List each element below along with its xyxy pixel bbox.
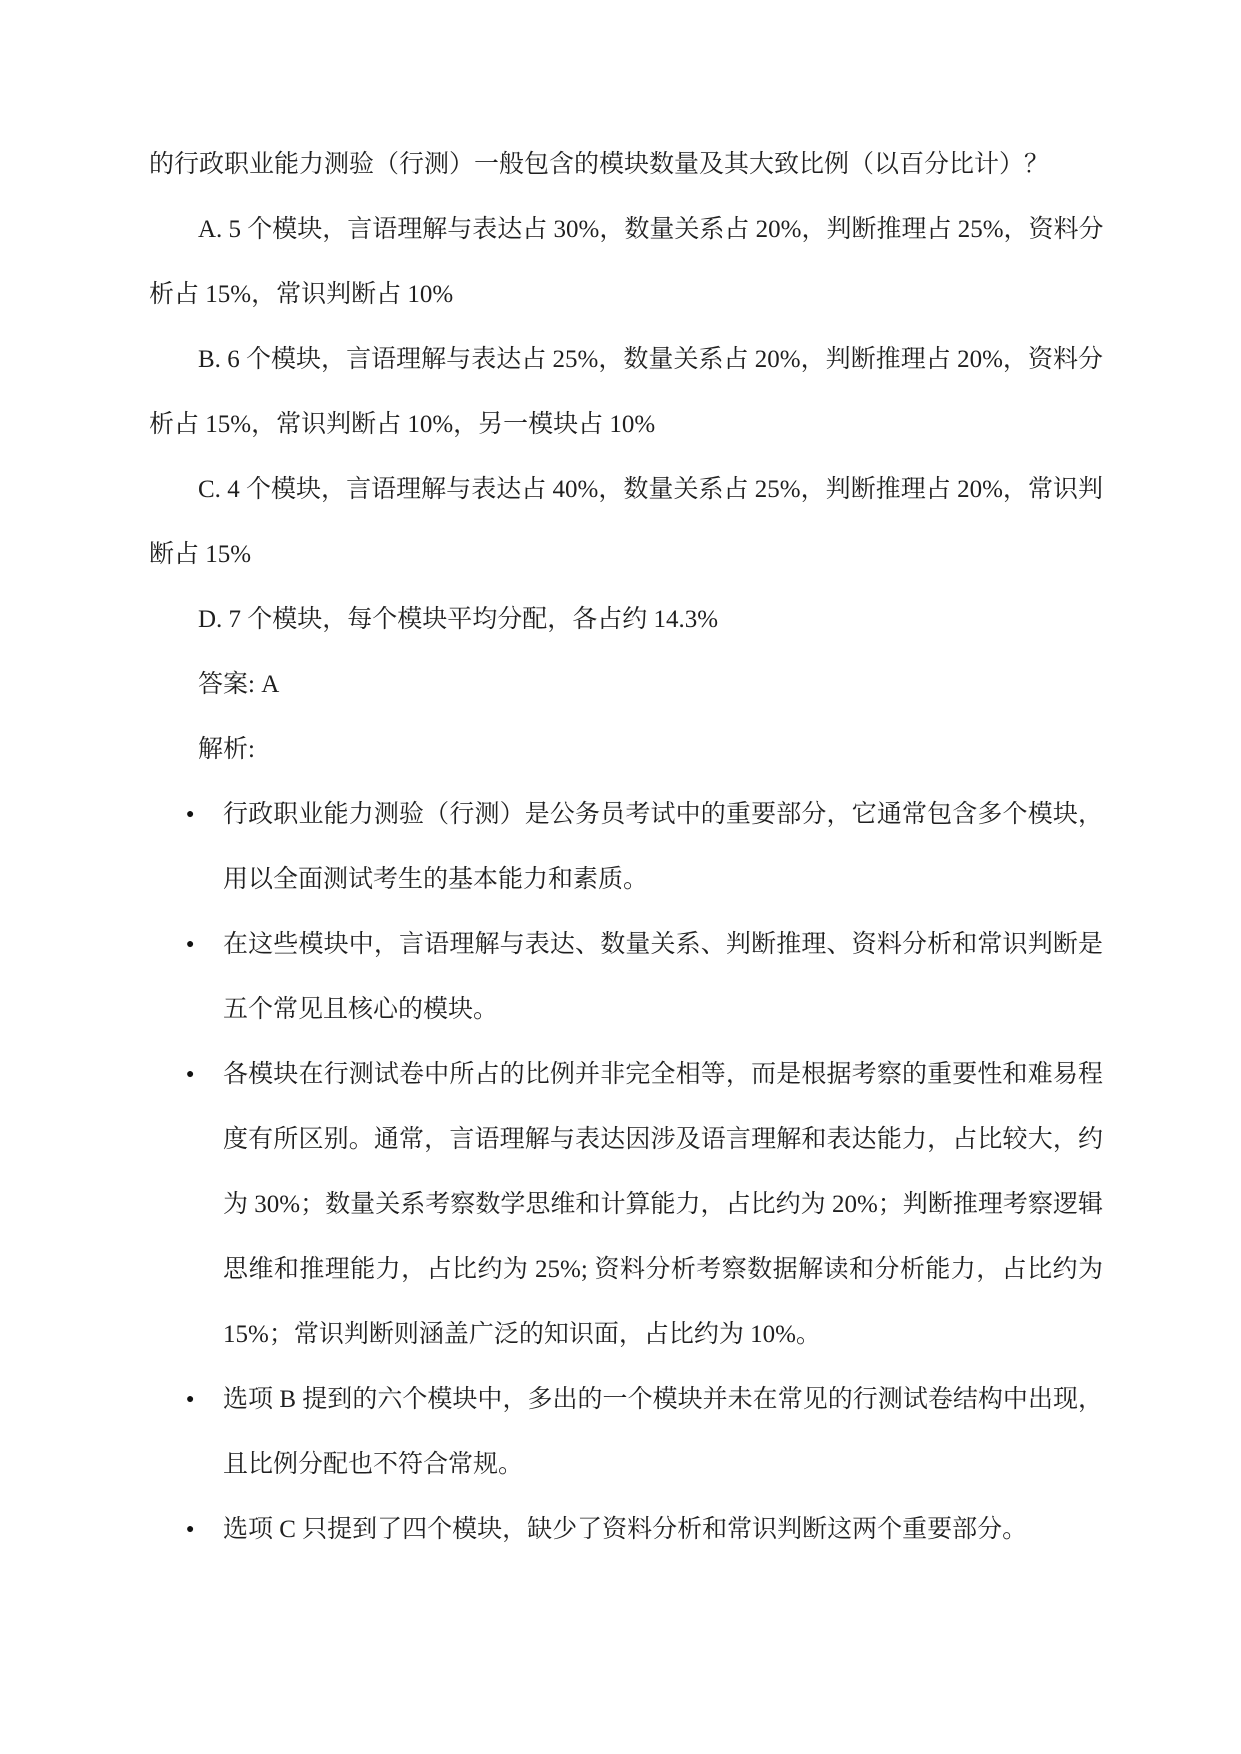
bullet-icon: ● (186, 912, 223, 977)
analysis-bullet-3-line-2: 度有所区别。通常，言语理解与表达因涉及语言理解和表达能力，占比较大，约 (223, 1107, 1103, 1172)
analysis-bullet-1-line-1-text: 行政职业能力测验（行测）是公务员考试中的重要部分，它通常包含多个模块， (223, 801, 1103, 828)
option-c-line-1: C. 4 个模块，言语理解与表达占 40%，数量关系占 25%，判断推理占 20… (198, 457, 1103, 522)
option-a-line-2-text: 析占 15%，常识判断占 10% (149, 281, 453, 308)
question-continuation-line: 的行政职业能力测验（行测）一般包含的模块数量及其大致比例（以百分比计）？ (149, 132, 1103, 197)
analysis-bullet-3-line-1: ●各模块在行测试卷中所占的比例并非完全相等，而是根据考察的重要性和难易程 (223, 1042, 1103, 1107)
analysis-bullet-3-line-3-text: 为 30%；数量关系考察数学思维和计算能力，占比约为 20%；判断推理考察逻辑 (223, 1191, 1103, 1218)
analysis-bullet-4-line-1: ●选项 B 提到的六个模块中，多出的一个模块并未在常见的行测试卷结构中出现， (223, 1367, 1103, 1432)
option-a-line-1-text: A. 5 个模块，言语理解与表达占 30%，数量关系占 20%，判断推理占 25… (198, 216, 1104, 243)
option-b-line-2-text: 析占 15%，常识判断占 10%，另一模块占 10% (149, 411, 655, 438)
analysis-bullet-3-line-1-text: 各模块在行测试卷中所占的比例并非完全相等，而是根据考察的重要性和难易程 (223, 1061, 1103, 1088)
bullet-icon: ● (186, 782, 223, 847)
analysis-bullet-5-line-1-text: 选项 C 只提到了四个模块，缺少了资料分析和常识判断这两个重要部分。 (223, 1516, 1027, 1543)
analysis-bullet-1-line-1: ●行政职业能力测验（行测）是公务员考试中的重要部分，它通常包含多个模块， (223, 782, 1103, 847)
bullet-icon: ● (186, 1042, 223, 1107)
option-c-line-1-text: C. 4 个模块，言语理解与表达占 40%，数量关系占 25%，判断推理占 20… (198, 476, 1103, 503)
analysis-bullet-3-line-2-text: 度有所区别。通常，言语理解与表达因涉及语言理解和表达能力，占比较大，约 (223, 1126, 1103, 1153)
analysis-bullet-3-line-4: 思维和推理能力，占比约为 25%; 资料分析考察数据解读和分析能力，占比约为 (223, 1237, 1103, 1302)
analysis-bullet-2-line-1-text: 在这些模块中，言语理解与表达、数量关系、判断推理、资料分析和常识判断是 (223, 931, 1103, 958)
analysis-bullet-2-line-2: 五个常见且核心的模块。 (223, 977, 1103, 1042)
option-b-line-1-text: B. 6 个模块，言语理解与表达占 25%，数量关系占 20%，判断推理占 20… (198, 346, 1103, 373)
analysis-bullet-3-line-3: 为 30%；数量关系考察数学思维和计算能力，占比约为 20%；判断推理考察逻辑 (223, 1172, 1103, 1237)
document-body: 的行政职业能力测验（行测）一般包含的模块数量及其大致比例（以百分比计）？A. 5… (0, 0, 1241, 1562)
option-d-line-text: D. 7 个模块，每个模块平均分配，各占约 14.3% (198, 606, 718, 633)
option-b-line-2: 析占 15%，常识判断占 10%，另一模块占 10% (149, 392, 1103, 457)
bullet-icon: ● (186, 1497, 223, 1562)
option-c-line-2: 断占 15% (149, 522, 1103, 587)
answer-line-text: 答案: A (198, 671, 279, 698)
analysis-bullet-4-line-1-text: 选项 B 提到的六个模块中，多出的一个模块并未在常见的行测试卷结构中出现， (223, 1386, 1103, 1413)
bullet-icon: ● (186, 1367, 223, 1432)
analysis-bullet-4-line-2-text: 且比例分配也不符合常规。 (223, 1451, 523, 1478)
analysis-bullet-1-line-2: 用以全面测试考生的基本能力和素质。 (223, 847, 1103, 912)
option-a-line-2: 析占 15%，常识判断占 10% (149, 262, 1103, 327)
answer-line: 答案: A (198, 652, 1103, 717)
analysis-bullet-4-line-2: 且比例分配也不符合常规。 (223, 1432, 1103, 1497)
analysis-heading-text: 解析: (198, 736, 255, 763)
analysis-bullet-3-line-4-text: 思维和推理能力，占比约为 25%; 资料分析考察数据解读和分析能力，占比约为 (223, 1256, 1103, 1283)
analysis-heading: 解析: (198, 717, 1103, 782)
option-a-line-1: A. 5 个模块，言语理解与表达占 30%，数量关系占 20%，判断推理占 25… (198, 197, 1103, 262)
analysis-bullet-1-line-2-text: 用以全面测试考生的基本能力和素质。 (223, 866, 648, 893)
option-b-line-1: B. 6 个模块，言语理解与表达占 25%，数量关系占 20%，判断推理占 20… (198, 327, 1103, 392)
option-d-line: D. 7 个模块，每个模块平均分配，各占约 14.3% (198, 587, 1103, 652)
analysis-bullet-3-line-5: 15%；常识判断则涵盖广泛的知识面，占比约为 10%。 (223, 1302, 1103, 1367)
question-continuation-line-text: 的行政职业能力测验（行测）一般包含的模块数量及其大致比例（以百分比计）？ (149, 151, 1049, 178)
analysis-bullet-2-line-2-text: 五个常见且核心的模块。 (223, 996, 498, 1023)
analysis-bullet-5-line-1: ●选项 C 只提到了四个模块，缺少了资料分析和常识判断这两个重要部分。 (223, 1497, 1103, 1562)
option-c-line-2-text: 断占 15% (149, 541, 251, 568)
analysis-bullet-3-line-5-text: 15%；常识判断则涵盖广泛的知识面，占比约为 10%。 (223, 1321, 821, 1348)
analysis-bullet-2-line-1: ●在这些模块中，言语理解与表达、数量关系、判断推理、资料分析和常识判断是 (223, 912, 1103, 977)
document-page: 的行政职业能力测验（行测）一般包含的模块数量及其大致比例（以百分比计）？A. 5… (0, 0, 1241, 1754)
